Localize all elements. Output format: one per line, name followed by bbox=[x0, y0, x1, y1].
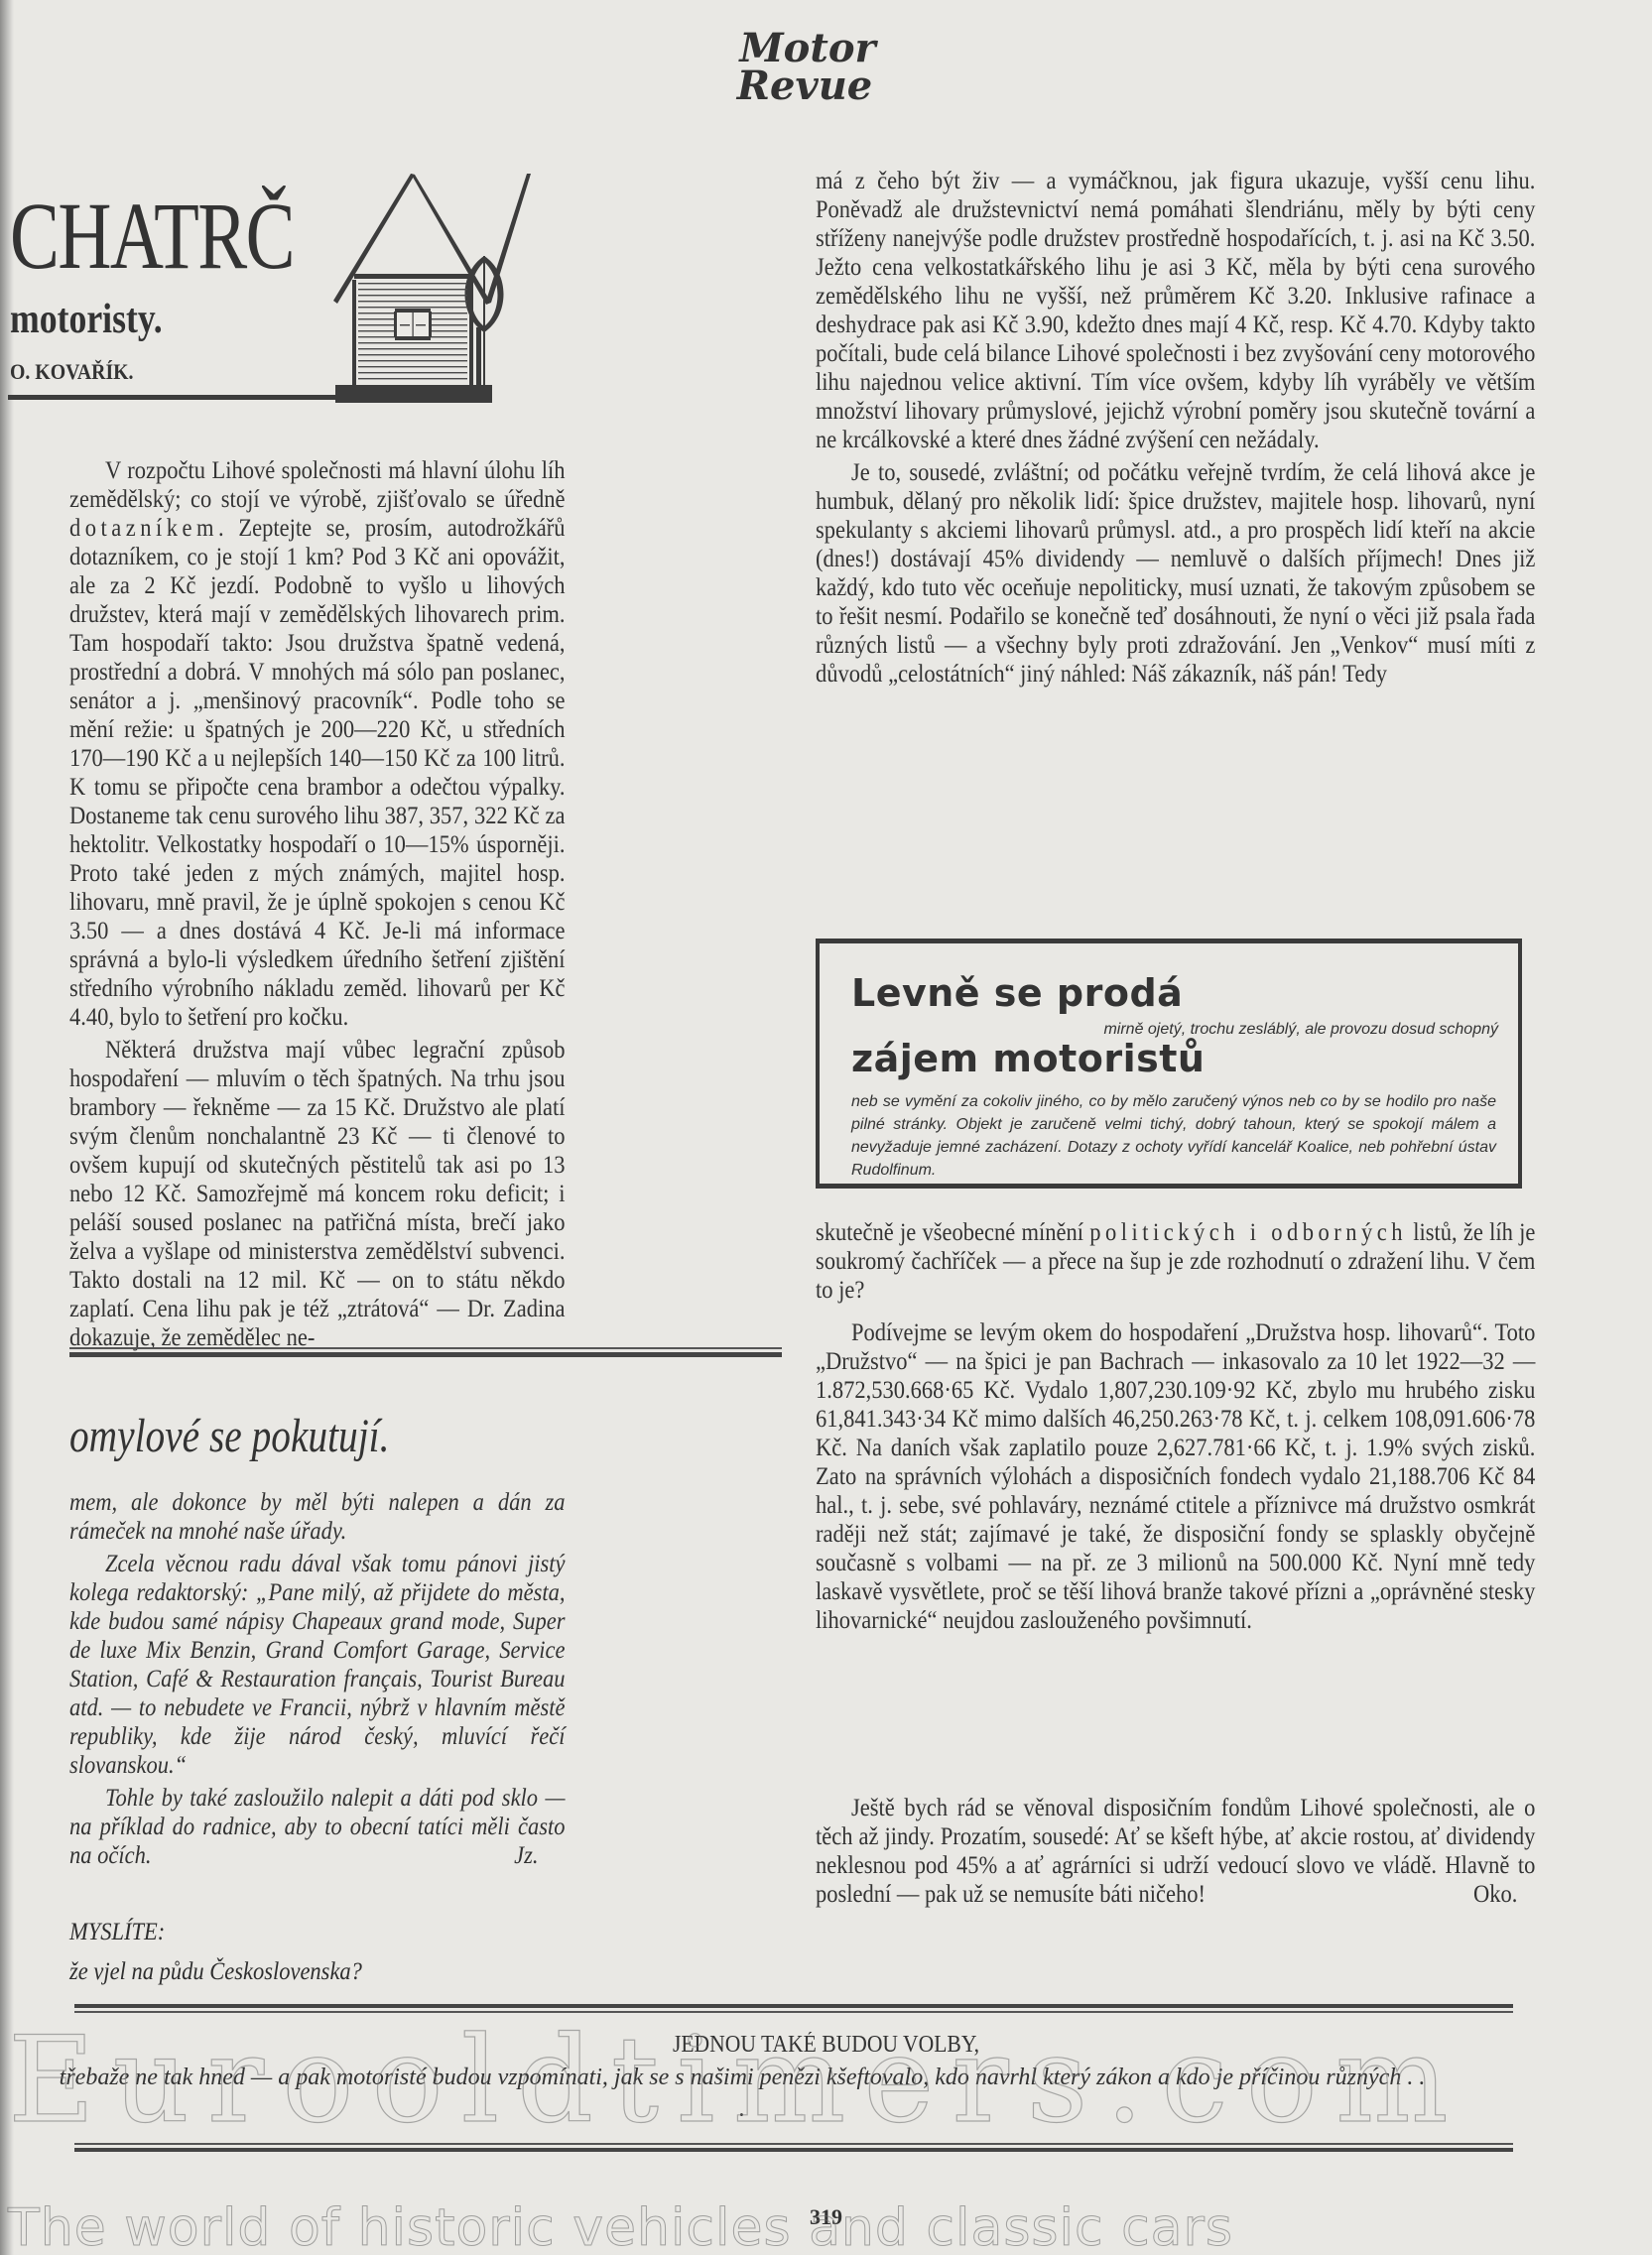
ad-body: neb se vymění za cokoliv jiného, co by m… bbox=[851, 1090, 1496, 1182]
second-article-heading: omylové se pokutují. bbox=[69, 1409, 389, 1463]
ad-headline-2: zájem motoristů bbox=[851, 1037, 1205, 1080]
right-column-end: Ještě bych rád se věnoval disposičním fo… bbox=[816, 1794, 1535, 1909]
ad-headline-1: Levně se prodá bbox=[851, 971, 1183, 1015]
paragraph: skutečně je všeobecné mínění politických… bbox=[816, 1218, 1535, 1305]
second-article-body: mem, ale dokonce by měl býti nalepen a d… bbox=[69, 1488, 566, 1870]
paragraph: Tohle by také zasloužilo nalepit a dáti … bbox=[69, 1784, 566, 1870]
magazine-logo: Motor Revue bbox=[708, 30, 907, 105]
logo-line-revue: Revue bbox=[702, 67, 907, 105]
paragraph: Je to, sousedé, zvláštní; od počátku veř… bbox=[816, 458, 1535, 689]
watermark-site: Eurooldtimers.com bbox=[8, 2012, 1466, 2150]
satirical-ad-box: Levně se prodá mirně ojetý, trochu zeslá… bbox=[816, 939, 1522, 1189]
paragraph: má z čeho být živ — a vymáčknou, jak fig… bbox=[816, 167, 1535, 454]
house-and-tree-icon bbox=[0, 159, 824, 407]
paragraph: mem, ale dokonce by měl býti nalepen a d… bbox=[69, 1488, 566, 1546]
paragraph-text: skutečně je všeobecné mínění bbox=[816, 1219, 1089, 1246]
paragraph: Podívejme se levým okem do hospodaření „… bbox=[816, 1318, 1535, 1635]
question-text: že vjel na půdu Československa? bbox=[69, 1952, 362, 1992]
paragraph-text: V rozpočtu Lihové společnosti má hlavní … bbox=[69, 457, 566, 513]
paragraph: Zcela věcnou radu dával však tomu pánovi… bbox=[69, 1550, 566, 1780]
emphasis-spaced: politických i odborných bbox=[1089, 1219, 1407, 1246]
left-column-body: V rozpočtu Lihové společnosti má hlavní … bbox=[69, 456, 566, 1352]
signature-jz: Jz. bbox=[478, 1841, 538, 1870]
question-block: MYSLÍTE: že vjel na půdu Československa? bbox=[69, 1913, 362, 1992]
right-column-top: má z čeho být živ — a vymáčknou, jak fig… bbox=[816, 167, 1535, 689]
emphasis-spaced: dotazníkem bbox=[69, 515, 218, 542]
watermark-tagline: The world of historic vehicles and class… bbox=[8, 2198, 1233, 2255]
right-column-middle: skutečně je všeobecné mínění politických… bbox=[816, 1218, 1535, 1635]
section-divider bbox=[69, 1347, 782, 1357]
paragraph-text: . Zeptejte se, prosím, autodrožkářů dota… bbox=[69, 515, 566, 1031]
paragraph: Některá družstva mají vůbec legrační způ… bbox=[69, 1036, 566, 1352]
paragraph: Ještě bych rád se věnoval disposičním fo… bbox=[816, 1794, 1535, 1909]
paragraph-text: Ještě bych rád se věnoval disposičním fo… bbox=[816, 1795, 1535, 1908]
signature-oko: Oko. bbox=[1438, 1880, 1517, 1909]
paragraph: V rozpočtu Lihové společnosti má hlavní … bbox=[69, 456, 566, 1032]
question-label: MYSLÍTE: bbox=[69, 1913, 362, 1952]
